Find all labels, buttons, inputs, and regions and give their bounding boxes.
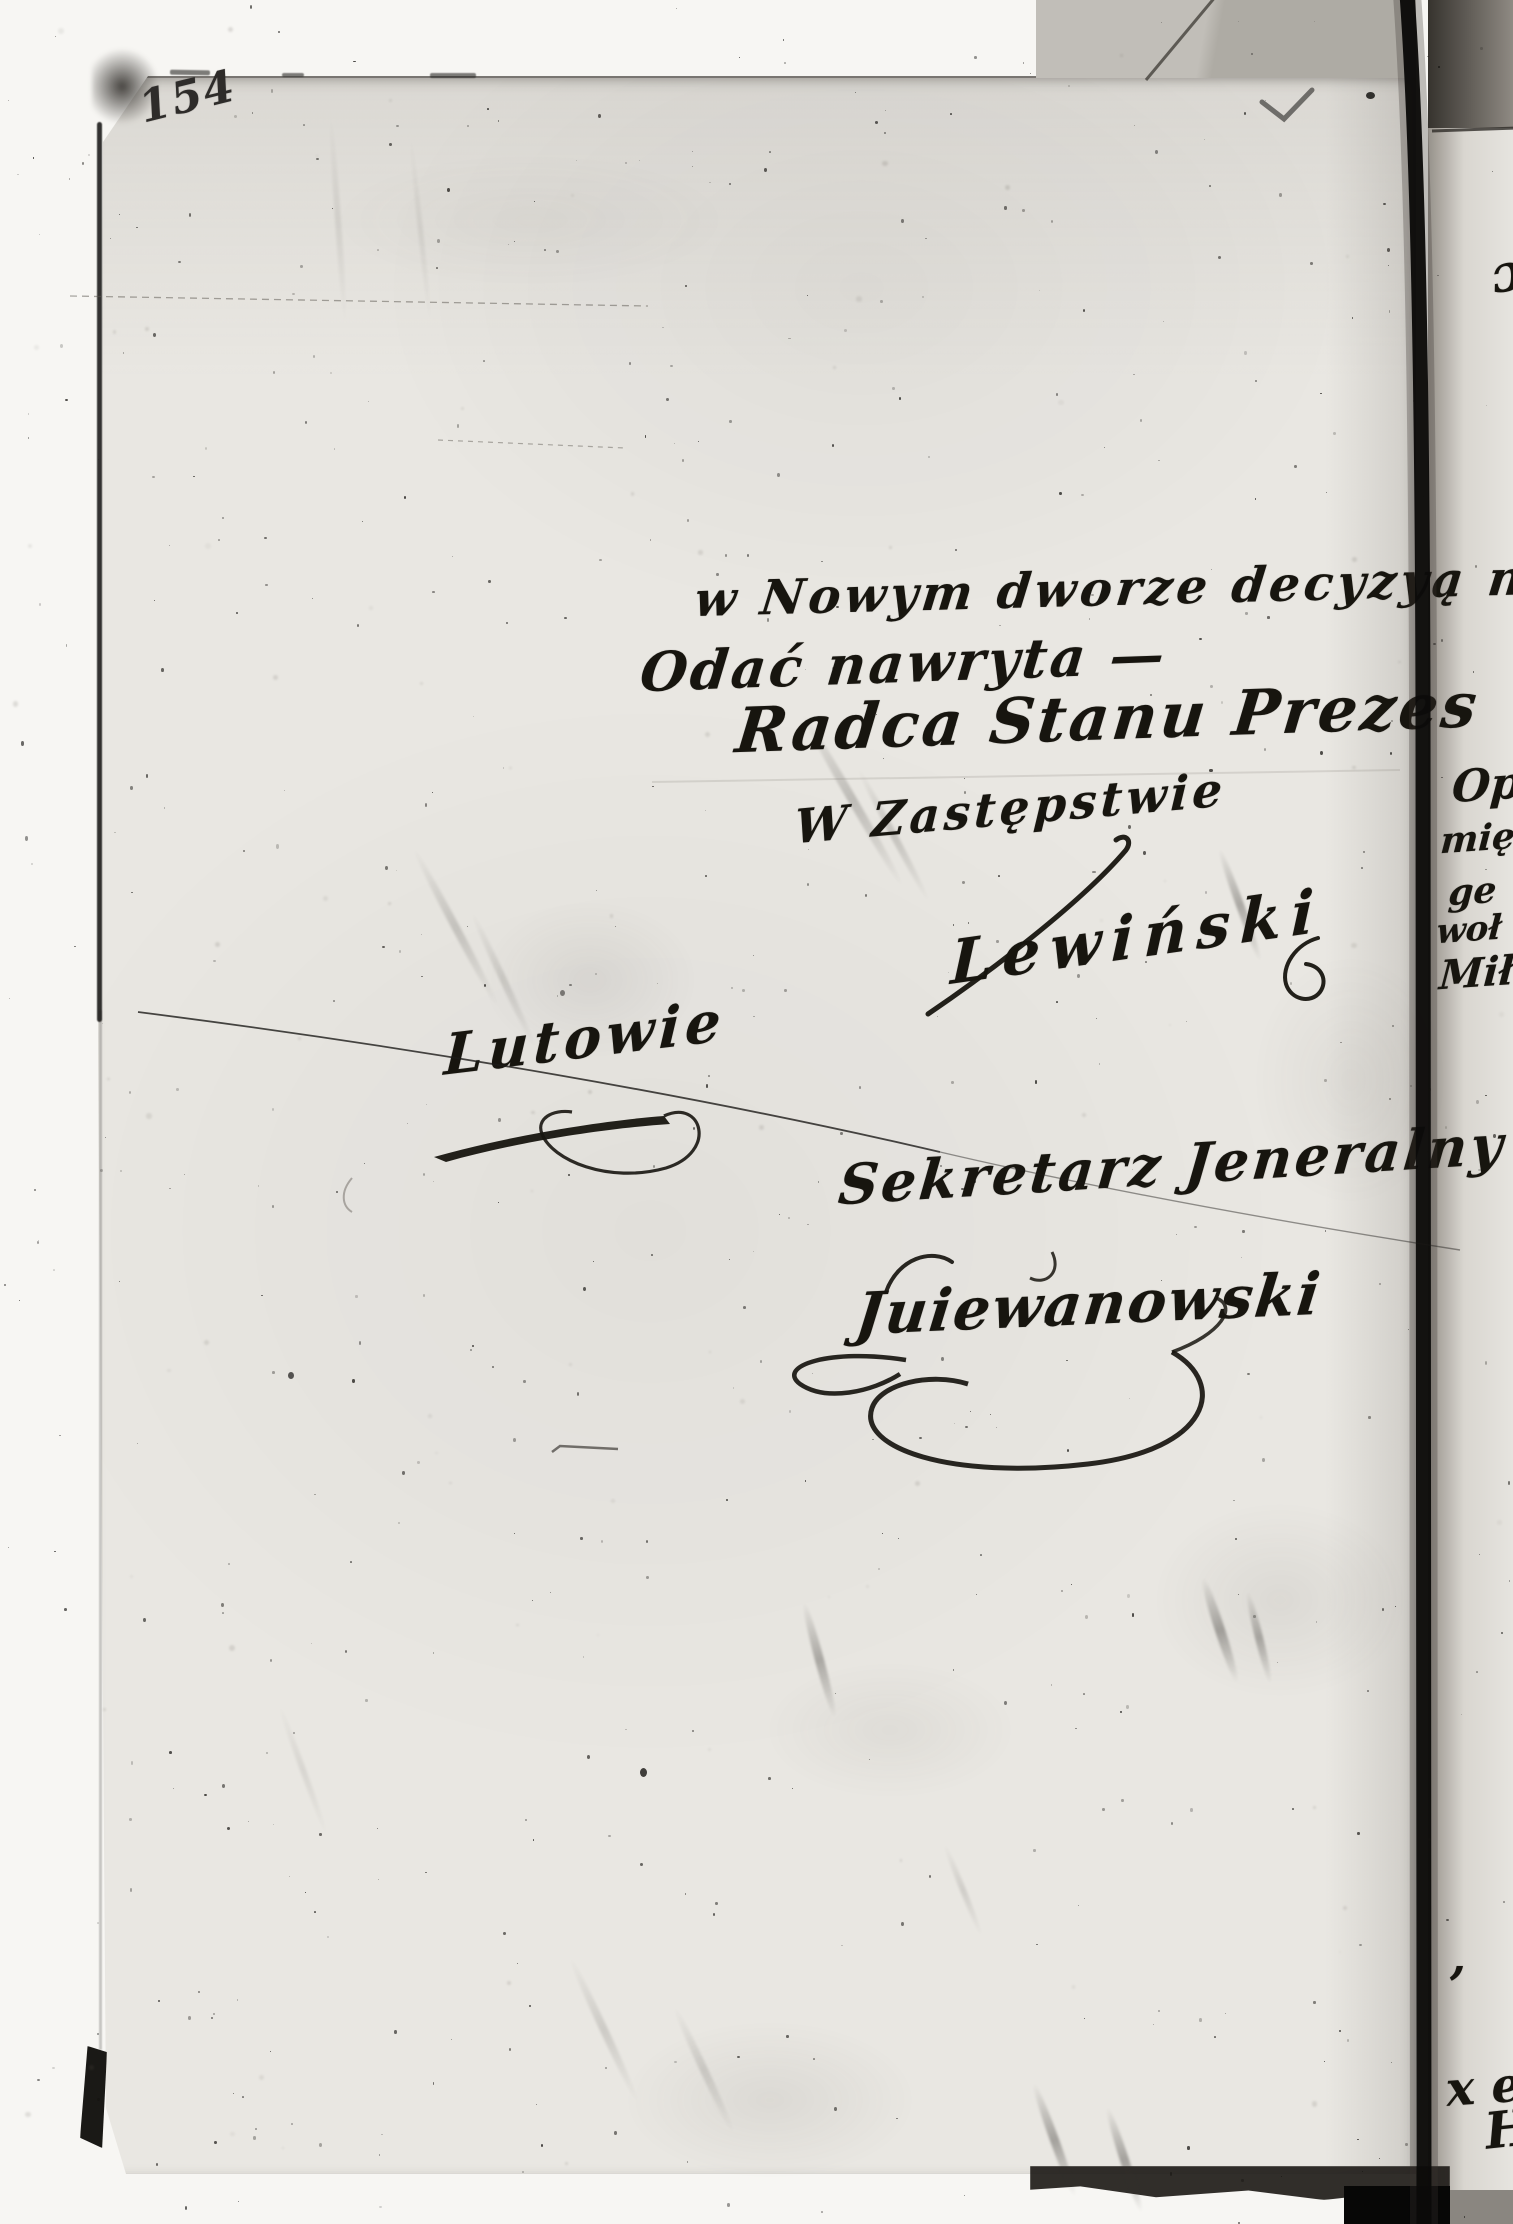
dust-speck [676,8,677,9]
adjacent-fragment: Op [1450,757,1513,813]
document-scan: 154 w Nowym dworze decyzyą ny Odać nawry… [0,0,1513,2224]
dust-speck [69,178,70,180]
edge-mark [282,73,304,77]
paper-fleck [228,27,233,32]
dust-speck [53,1269,55,1271]
adjacent-page-shadow-top [1428,0,1513,128]
dust-speck [1416,163,1418,165]
dust-speck [55,36,56,37]
dust-speck [185,2206,188,2209]
paper-fleck [58,28,64,34]
dust-speck [1423,496,1424,497]
adjacent-comma-mark: , [1450,1930,1466,1984]
dust-speck [8,100,10,101]
manuscript-page [96,76,1416,2174]
adjacent-fragment: Mił [1438,947,1513,1000]
dust-speck [974,56,977,59]
smudge [760,1660,1020,1800]
dust-speck [34,1189,35,1191]
sheet-behind-top [1036,0,1416,78]
dust-speck [25,836,28,841]
dust-speck [379,2206,382,2208]
dust-speck [17,174,18,175]
dust-speck [821,2211,823,2213]
dust-speck [66,644,68,647]
dust-speck [964,2195,965,2197]
dust-speck [37,2079,39,2081]
page-edge-tear [80,2046,107,2148]
dust-speck [39,603,41,606]
dust-speck [4,1284,6,1286]
dust-speck [9,998,10,999]
dust-speck [38,1240,39,1241]
dust-speck [353,61,355,63]
ink-dot [640,1768,647,1777]
page-left-edge [97,122,102,1022]
ink-dot [560,990,565,996]
paper-fleck [28,544,32,548]
dust-speck [739,57,740,58]
smudge [620,2020,920,2180]
dust-speck [88,154,90,156]
dust-speck [278,31,280,33]
dust-speck [19,1300,20,1301]
dust-speck [37,1241,39,1244]
dust-speck [31,863,33,866]
dust-speck [82,162,84,164]
dust-speck [59,1435,61,1437]
dust-speck [74,946,75,947]
adjacent-fragment: mię [1439,815,1513,863]
dust-speck [1023,62,1025,63]
dust-speck [784,62,786,64]
dust-speck [238,2201,239,2202]
dust-speck [54,1551,55,1552]
dust-speck [250,5,253,9]
dust-speck [28,413,29,415]
edge-mark [430,73,476,78]
dust-speck [727,2203,730,2206]
smudge [320,150,740,290]
bottom-dark-block [1344,2186,1450,2224]
dust-speck [64,1608,67,1611]
dust-speck [28,437,30,439]
ink-dot [288,1372,294,1379]
dust-speck [1030,73,1031,74]
dust-speck [60,344,63,348]
smudge [1150,1500,1410,1700]
paper-fleck [25,2112,31,2118]
dust-speck [783,39,784,41]
dust-speck [65,399,68,402]
dust-speck [8,1547,9,1548]
adjacent-fragment: woł [1435,907,1503,952]
page-left-edge-faint [99,1010,102,2050]
paper-fleck [34,345,39,350]
adjacent-partial-letter: H [1482,2097,1513,2161]
dust-speck [52,2067,54,2069]
ink-dot [1366,92,1375,99]
dust-speck [33,157,35,159]
dust-speck [39,234,40,235]
dust-speck [21,741,24,745]
dust-speck [1417,1410,1420,1413]
paper-fleck [13,701,19,707]
